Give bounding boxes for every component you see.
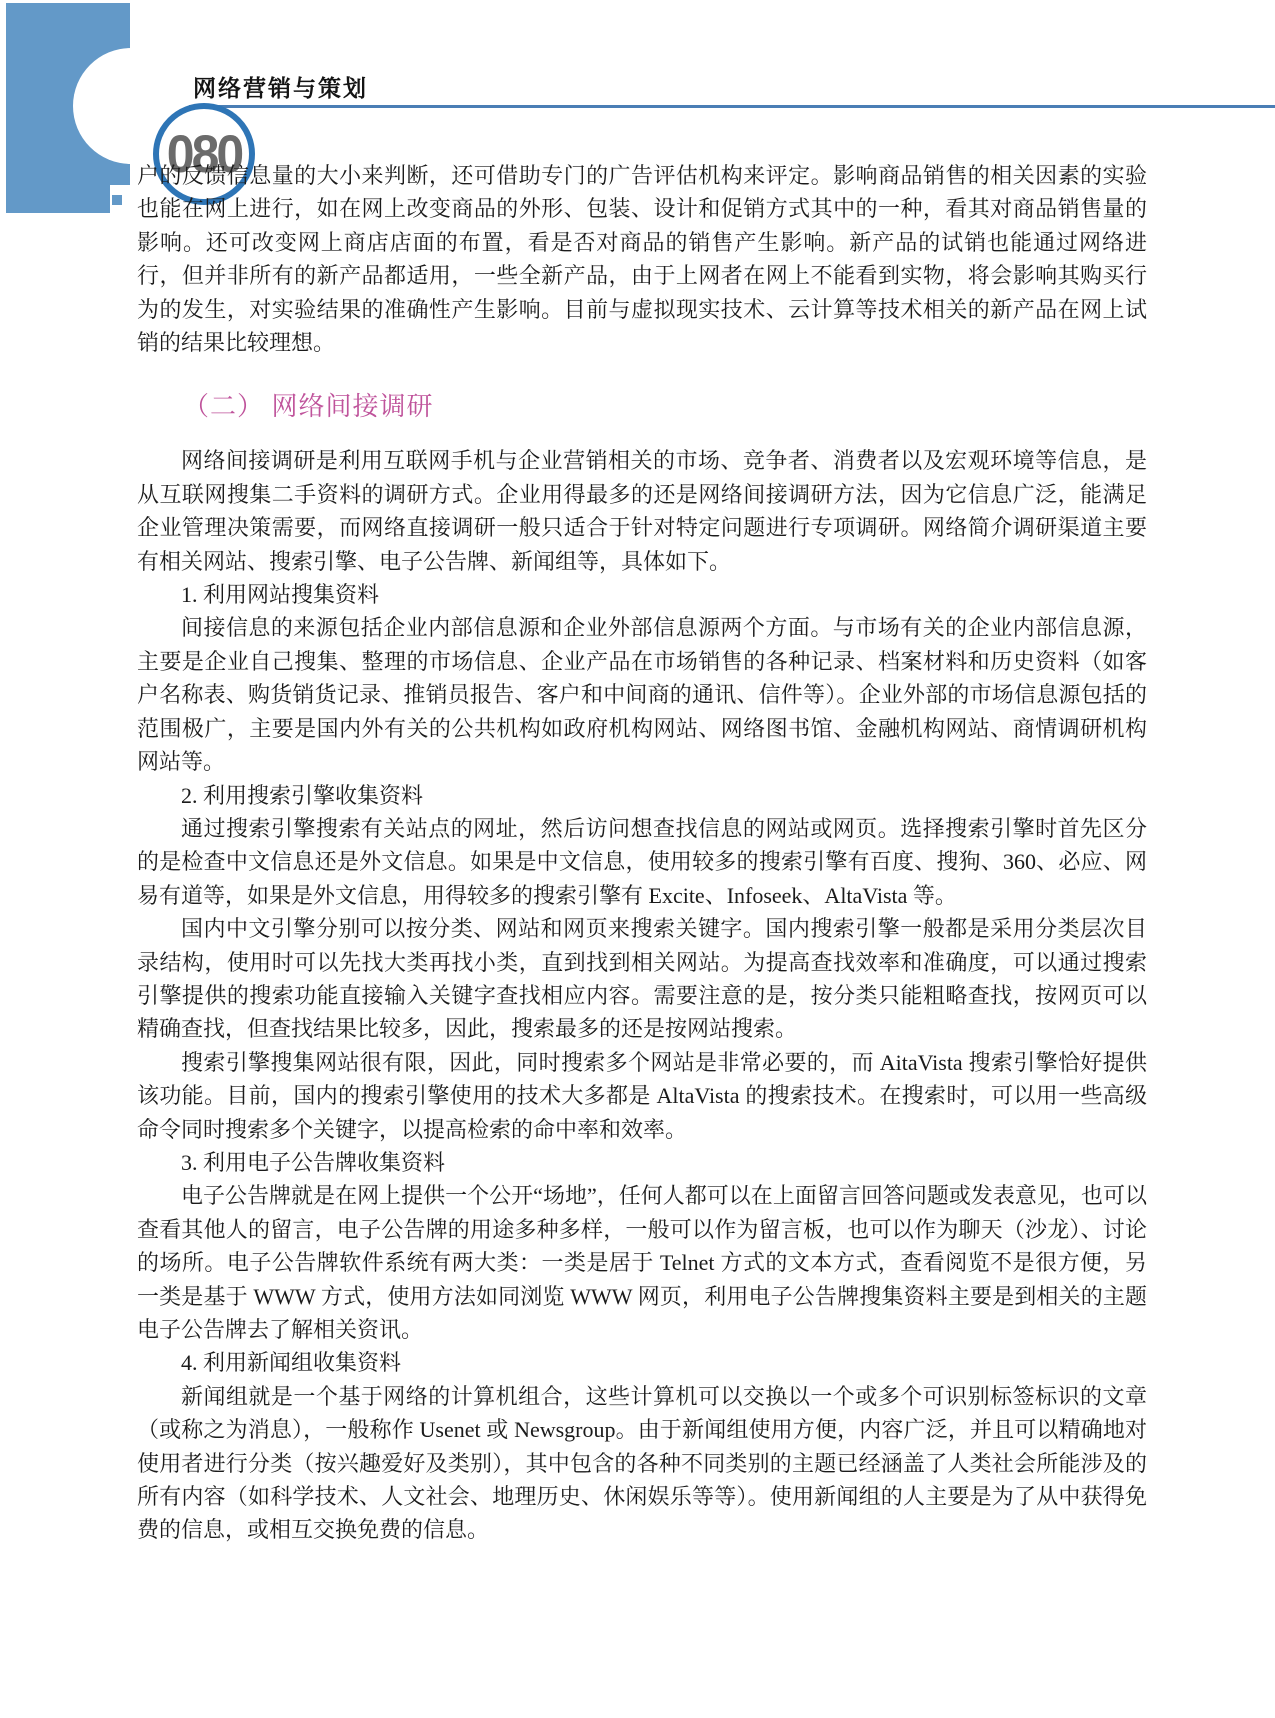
paragraph-search-engines-2: 国内中文引擎分别可以按分类、网站和网页来搜索关键字。国内搜索引擎一般都是采用分类…: [137, 912, 1147, 1046]
content-area: 户的反馈信息量的大小来判断，还可借助专门的广告评估机构来评定。影响商品销售的相关…: [137, 159, 1147, 1547]
book-title: 网络营销与策划: [193, 70, 368, 103]
sidebar-decoration-step: [6, 185, 110, 213]
section-heading: （二） 网络间接调研: [137, 389, 1147, 425]
item-2-heading: 2. 利用搜索引擎收集资料: [137, 779, 1147, 812]
item-1-heading: 1. 利用网站搜集资料: [137, 578, 1147, 611]
book-page: 080 网络营销与策划 户的反馈信息量的大小来判断，还可借助专门的广告评估机构来…: [0, 0, 1275, 1718]
paragraph-search-engines-1: 通过搜索引擎搜索有关站点的网址，然后访问想查找信息的网站或网页。选择搜索引擎时首…: [137, 812, 1147, 912]
paragraph-overview: 网络间接调研是利用互联网手机与企业营销相关的市场、竞争者、消费者以及宏观环境等信…: [137, 444, 1147, 578]
paragraph-intro-continuation: 户的反馈信息量的大小来判断，还可借助专门的广告评估机构来评定。影响商品销售的相关…: [137, 159, 1147, 359]
header-rule: [140, 105, 1275, 108]
sidebar-decoration-square: [112, 195, 122, 205]
paragraph-newsgroup: 新闻组就是一个基于网络的计算机组合，这些计算机可以交换以一个或多个可识别标签标识…: [137, 1380, 1147, 1547]
page-number-badge: 080: [73, 48, 189, 164]
item-3-heading: 3. 利用电子公告牌收集资料: [137, 1146, 1147, 1179]
paragraph-website-sources: 间接信息的来源包括企业内部信息源和企业外部信息源两个方面。与市场有关的企业内部信…: [137, 611, 1147, 778]
item-4-heading: 4. 利用新闻组收集资料: [137, 1346, 1147, 1379]
paragraph-bbs: 电子公告牌就是在网上提供一个公开“场地”，任何人都可以在上面留言回答问题或发表意…: [137, 1179, 1147, 1346]
paragraph-search-engines-3: 搜索引擎搜集网站很有限，因此，同时搜索多个网站是非常必要的，而 AitaVist…: [137, 1046, 1147, 1146]
